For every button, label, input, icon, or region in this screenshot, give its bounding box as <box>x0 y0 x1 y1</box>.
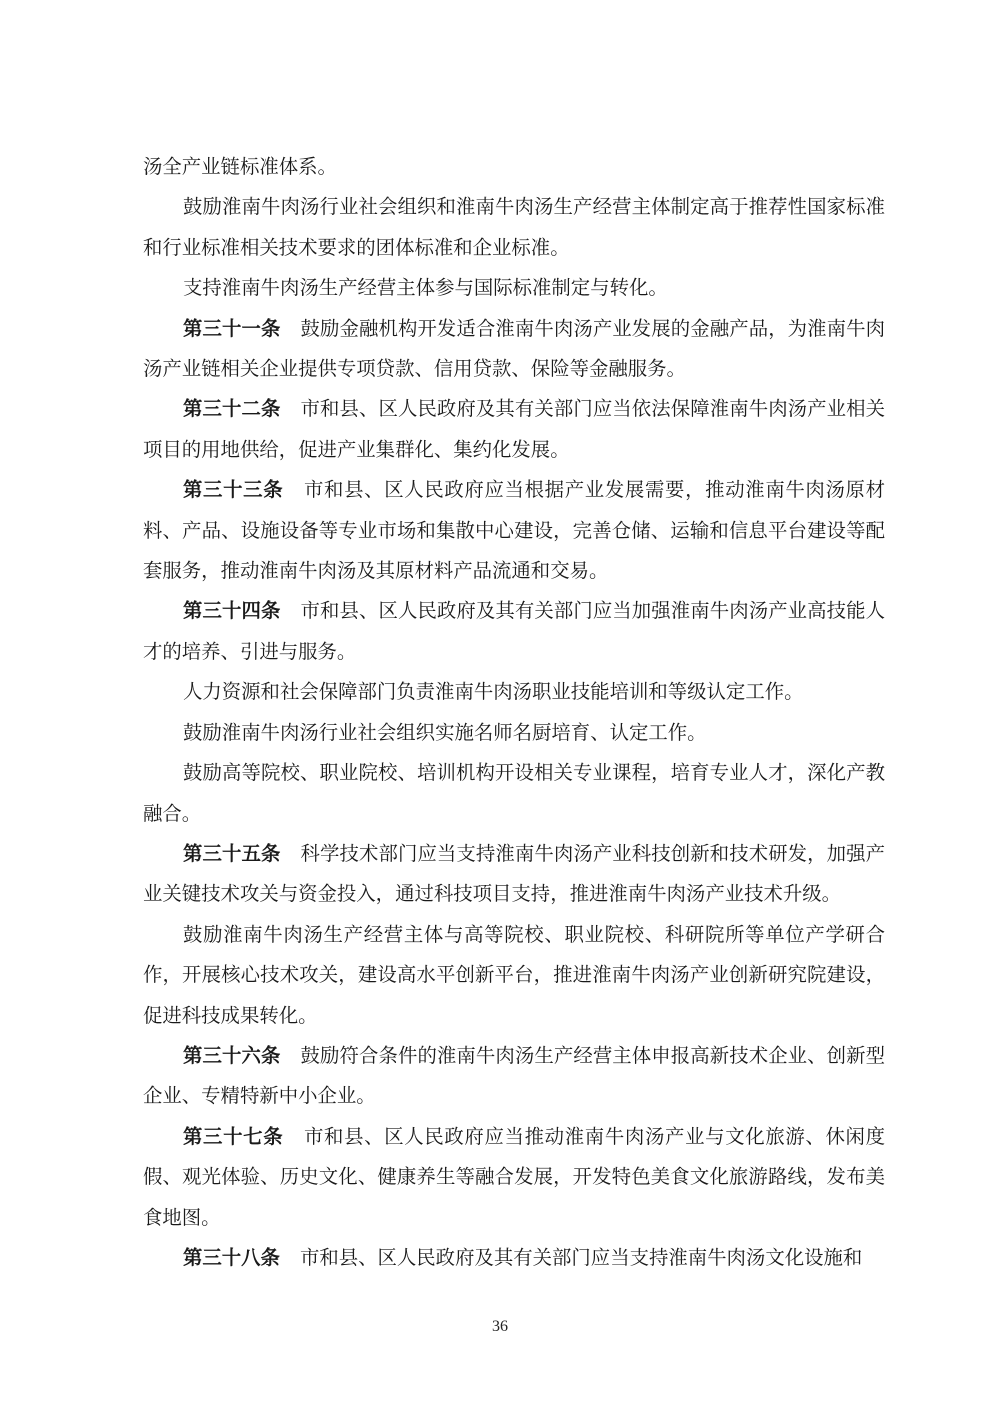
article-38: 第三十八条市和县、区人民政府及其有关部门应当支持淮南牛肉汤文化设施和 <box>143 1238 885 1278</box>
article-heading: 第三十四条 <box>183 599 280 622</box>
article-heading: 第三十八条 <box>183 1246 280 1269</box>
article-35: 第三十五条科学技术部门应当支持淮南牛肉汤产业科技创新和技术研发，加强产业关键技术… <box>143 834 885 915</box>
paragraph-continuation: 汤全产业链标准体系。 <box>143 147 885 187</box>
paragraph-text: 鼓励淮南牛肉汤行业社会组织实施名师名厨培育、认定工作。 <box>183 721 707 744</box>
article-heading: 第三十七条 <box>183 1125 283 1148</box>
article-heading: 第三十二条 <box>183 397 280 420</box>
article-heading: 第三十三条 <box>183 478 283 501</box>
paragraph-text: 鼓励淮南牛肉汤行业社会组织和淮南牛肉汤生产经营主体制定高于推荐性国家标准和行业标… <box>143 195 885 258</box>
page-number: 36 <box>0 1318 1000 1336</box>
article-33: 第三十三条市和县、区人民政府应当根据产业发展需要，推动淮南牛肉汤原材料、产品、设… <box>143 470 885 591</box>
paragraph-text: 支持淮南牛肉汤生产经营主体参与国际标准制定与转化。 <box>183 276 668 299</box>
paragraph: 鼓励高等院校、职业院校、培训机构开设相关专业课程，培育专业人才，深化产教融合。 <box>143 753 885 834</box>
article-31: 第三十一条鼓励金融机构开发适合淮南牛肉汤产业发展的金融产品，为淮南牛肉汤产业链相… <box>143 309 885 390</box>
paragraph-text: 人力资源和社会保障部门负责淮南牛肉汤职业技能培训和等级认定工作。 <box>183 680 804 703</box>
article-32: 第三十二条市和县、区人民政府及其有关部门应当依法保障淮南牛肉汤产业相关项目的用地… <box>143 389 885 470</box>
article-36: 第三十六条鼓励符合条件的淮南牛肉汤生产经营主体申报高新技术企业、创新型企业、专精… <box>143 1036 885 1117</box>
article-37: 第三十七条市和县、区人民政府应当推动淮南牛肉汤产业与文化旅游、休闲度假、观光体验… <box>143 1117 885 1238</box>
paragraph: 鼓励淮南牛肉汤行业社会组织和淮南牛肉汤生产经营主体制定高于推荐性国家标准和行业标… <box>143 187 885 268</box>
document-body: 汤全产业链标准体系。 鼓励淮南牛肉汤行业社会组织和淮南牛肉汤生产经营主体制定高于… <box>143 147 885 1278</box>
article-34: 第三十四条市和县、区人民政府及其有关部门应当加强淮南牛肉汤产业高技能人才的培养、… <box>143 591 885 672</box>
paragraph: 鼓励淮南牛肉汤生产经营主体与高等院校、职业院校、科研院所等单位产学研合作，开展核… <box>143 915 885 1036</box>
article-heading: 第三十一条 <box>183 317 280 340</box>
paragraph: 鼓励淮南牛肉汤行业社会组织实施名师名厨培育、认定工作。 <box>143 713 885 753</box>
article-heading: 第三十五条 <box>183 842 280 865</box>
paragraph-text: 汤全产业链标准体系。 <box>143 155 337 178</box>
paragraph-text: 鼓励高等院校、职业院校、培训机构开设相关专业课程，培育专业人才，深化产教融合。 <box>143 761 885 824</box>
paragraph-text: 鼓励淮南牛肉汤生产经营主体与高等院校、职业院校、科研院所等单位产学研合作，开展核… <box>143 923 885 1027</box>
article-text: 市和县、区人民政府及其有关部门应当支持淮南牛肉汤文化设施和 <box>300 1246 862 1269</box>
paragraph: 人力资源和社会保障部门负责淮南牛肉汤职业技能培训和等级认定工作。 <box>143 672 885 712</box>
article-heading: 第三十六条 <box>183 1044 280 1067</box>
paragraph: 支持淮南牛肉汤生产经营主体参与国际标准制定与转化。 <box>143 268 885 308</box>
